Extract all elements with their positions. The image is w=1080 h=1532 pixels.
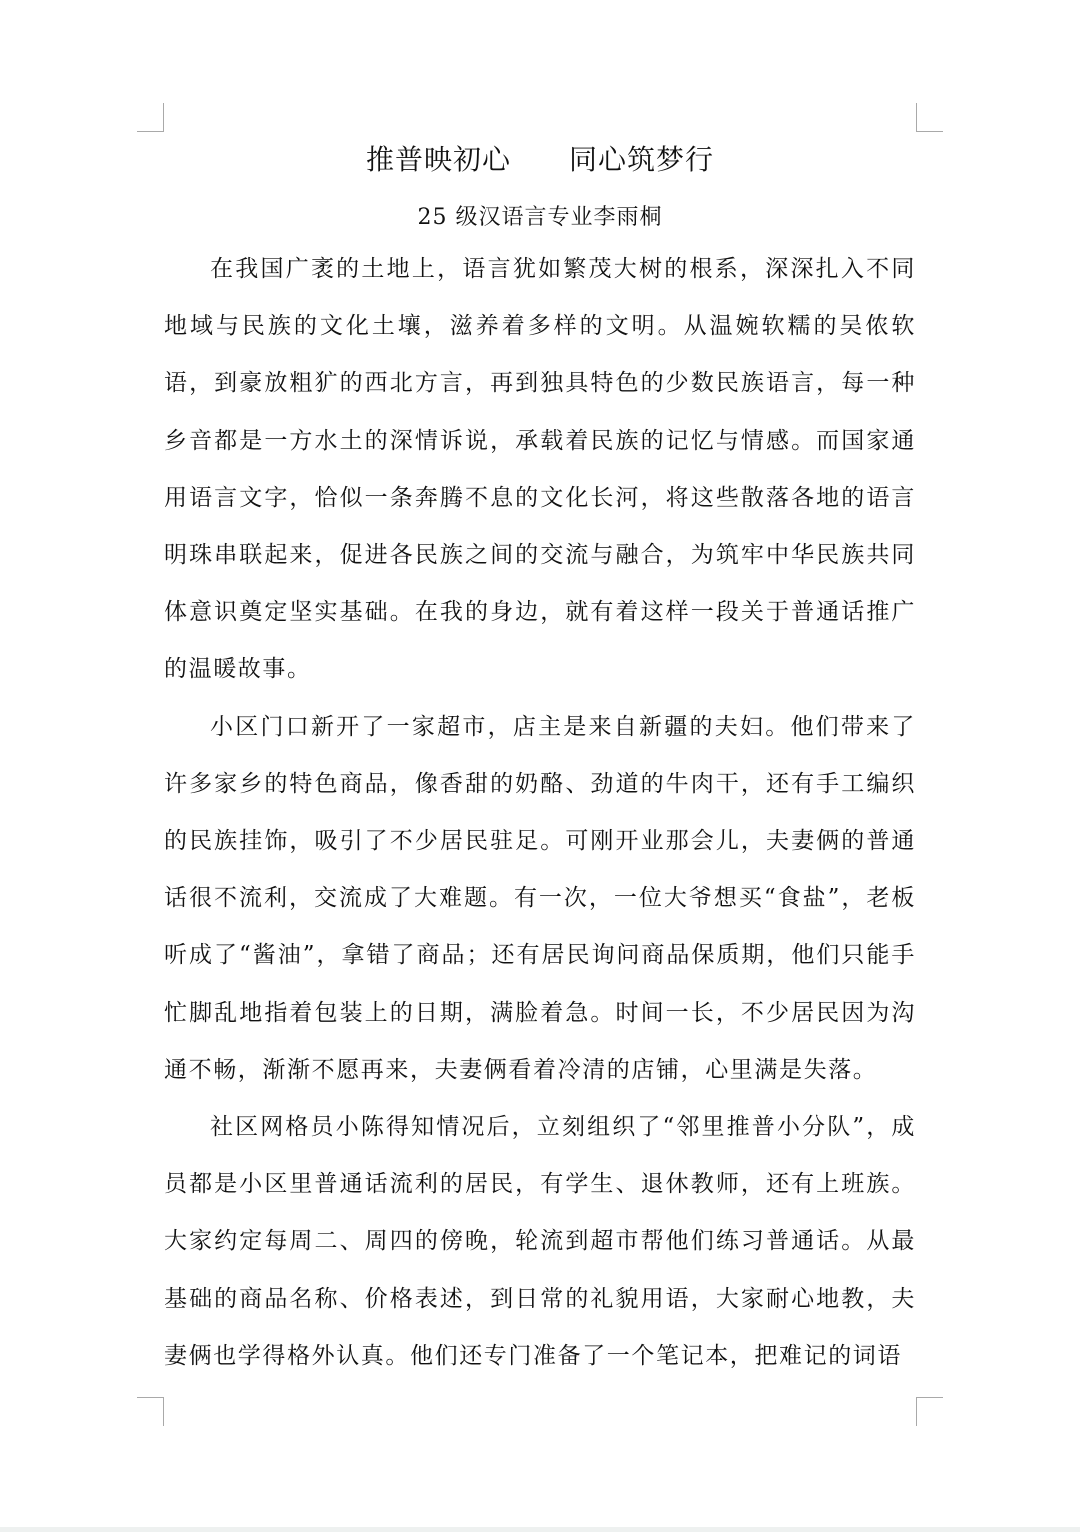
document-body: 推普映初心 同心筑梦行 25 级汉语言专业李雨桐 在我国广袤的土地上，语言犹如繁… bbox=[164, 140, 916, 1385]
document-title: 推普映初心 同心筑梦行 bbox=[164, 140, 916, 180]
margin-corner-mark-top-left bbox=[137, 103, 164, 132]
paragraph-2: 小区门口新开了一家超市，店主是来自新疆的夫妇。他们带来了许多家乡的特色商品，像香… bbox=[164, 699, 916, 1099]
margin-corner-mark-bottom-right bbox=[916, 1397, 943, 1426]
author-line: 25 级汉语言专业李雨桐 bbox=[164, 202, 916, 234]
margin-corner-mark-bottom-left bbox=[137, 1397, 164, 1426]
margin-corner-mark-top-right bbox=[916, 103, 943, 132]
paragraph-1: 在我国广袤的土地上，语言犹如繁茂大树的根系，深深扎入不同地域与民族的文化土壤，滋… bbox=[164, 241, 916, 699]
paragraph-3: 社区网格员小陈得知情况后，立刻组织了“邻里推普小分队”，成员都是小区里普通话流利… bbox=[164, 1099, 916, 1385]
document-page: 推普映初心 同心筑梦行 25 级汉语言专业李雨桐 在我国广袤的土地上，语言犹如繁… bbox=[0, 0, 1080, 1527]
